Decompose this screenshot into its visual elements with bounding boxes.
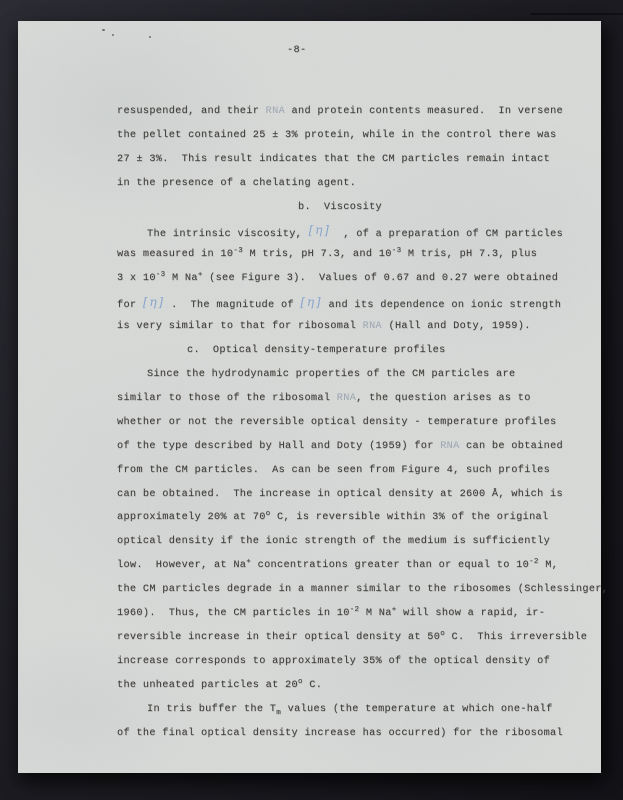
- text-segment: RNA: [440, 441, 459, 452]
- text-line: is very similar to that for ribosomal RN…: [117, 315, 587, 339]
- text-segment: M tris, pH 7.3, and 10: [243, 249, 392, 260]
- text-segment: concentrations greater than or equal to …: [251, 560, 529, 571]
- text-segment: can be obtained: [460, 441, 563, 452]
- text-line: approximately 20% at 70o C, is reversibl…: [117, 506, 587, 530]
- text-segment: whether or not the reversible optical de…: [117, 417, 557, 428]
- text-line: b. Viscosity: [117, 196, 587, 220]
- text-segment: for: [117, 300, 143, 311]
- text-segment: In tris buffer the T: [147, 704, 276, 715]
- text-segment: the unheated particles at 20: [117, 680, 298, 691]
- text-segment: M Na: [359, 608, 391, 619]
- text-segment: the CM particles degrade in a manner sim…: [117, 584, 608, 595]
- text-line: of the type described by Hall and Doty (…: [117, 435, 587, 459]
- backdrop-seam: [530, 13, 623, 15]
- text-segment: -2: [529, 558, 539, 566]
- text-line: of the final optical density increase ha…: [117, 722, 587, 746]
- text-segment: (see Figure 3). Values of 0.67 and 0.27 …: [203, 273, 559, 284]
- text-segment: +: [246, 558, 251, 566]
- paper-speck: [112, 34, 114, 36]
- text-segment: values (the temperature at which one-hal…: [281, 704, 552, 715]
- text-segment: The intrinsic viscosity,: [147, 229, 309, 240]
- text-line: whether or not the reversible optical de…: [117, 411, 587, 435]
- text-segment: , of a preparation of CM particles: [330, 229, 563, 240]
- paper-speck: [149, 36, 151, 38]
- text-line: in the presence of a chelating agent.: [117, 172, 587, 196]
- text-line: similar to those of the ribosomal RNA, t…: [117, 387, 587, 411]
- text-segment: RNA: [363, 321, 382, 332]
- text-segment: M,: [539, 560, 558, 571]
- text-segment: similar to those of the ribosomal: [117, 393, 337, 404]
- text-line: c. Optical density-temperature profiles: [117, 339, 587, 363]
- text-line: Since the hydrodynamic properties of the…: [117, 363, 587, 387]
- handwritten-eta: [η]: [300, 294, 322, 309]
- text-segment: of the final optical density increase ha…: [117, 728, 563, 739]
- handwritten-eta: [η]: [309, 222, 331, 237]
- text-segment: M Na: [165, 273, 197, 284]
- text-line: 27 ± 3%. This result indicates that the …: [117, 148, 587, 172]
- text-segment: -3: [392, 247, 402, 255]
- text-segment: +: [198, 271, 203, 279]
- text-segment: increase corresponds to approximately 35…: [117, 656, 550, 667]
- text-segment: o: [440, 630, 445, 638]
- text-segment: C. This irreversible: [445, 632, 587, 643]
- text-line: low. However, at Na+ concentrations grea…: [117, 554, 587, 578]
- text-segment: -3: [156, 271, 166, 279]
- text-segment: (Hall and Doty, 1959).: [382, 321, 531, 332]
- text-segment: resuspended, and their: [117, 106, 266, 117]
- page-number: -8-: [287, 45, 307, 56]
- text-segment: approximately 20% at 70: [117, 512, 266, 523]
- text-line: In tris buffer the Tm values (the temper…: [117, 698, 587, 722]
- text-segment: and protein contents measured. In versen…: [285, 106, 563, 117]
- text-line: 3 x 10-3 M Na+ (see Figure 3). Values of…: [117, 267, 587, 291]
- text-line: increase corresponds to approximately 35…: [117, 650, 587, 674]
- text-line: for [η] . The magnitude of [η] and its d…: [117, 291, 587, 315]
- text-segment: reversible increase in their optical den…: [117, 632, 440, 643]
- text-segment: from the CM particles. As can be seen fr…: [117, 465, 550, 476]
- text-line: from the CM particles. As can be seen fr…: [117, 459, 587, 483]
- handwritten-eta: [η]: [143, 294, 165, 309]
- text-line: reversible increase in their optical den…: [117, 626, 587, 650]
- text-segment: 27 ± 3%. This result indicates that the …: [117, 154, 550, 165]
- manuscript-page: -8- resuspended, and their RNA and prote…: [18, 21, 601, 773]
- text-segment: will show a rapid, ir-: [397, 608, 546, 619]
- text-segment: o: [298, 678, 303, 686]
- text-segment: was measured in 10: [117, 249, 233, 260]
- text-line: the unheated particles at 20o C.: [117, 674, 587, 698]
- text-line: the pellet contained 25 ± 3% protein, wh…: [117, 124, 587, 148]
- text-segment: b. Viscosity: [298, 202, 382, 213]
- text-segment: in the presence of a chelating agent.: [117, 178, 356, 189]
- text-line: was measured in 10-3 M tris, pH 7.3, and…: [117, 243, 587, 267]
- text-segment: Since the hydrodynamic properties of the…: [147, 369, 515, 380]
- paper-speck: [102, 29, 105, 31]
- text-segment: and its dependence on ionic strength: [322, 300, 561, 311]
- text-line: the CM particles degrade in a manner sim…: [117, 578, 587, 602]
- text-segment: C.: [303, 680, 322, 691]
- text-segment: , the question arises as to: [356, 393, 531, 404]
- text-segment: -2: [350, 606, 360, 614]
- text-segment: optical density if the ionic strength of…: [117, 536, 550, 547]
- text-segment: C, is reversible within 3% of the origin…: [271, 512, 549, 523]
- text-segment: o: [266, 510, 271, 518]
- text-line: resuspended, and their RNA and protein c…: [117, 100, 587, 124]
- text-line: can be obtained. The increase in optical…: [117, 483, 587, 507]
- text-segment: -3: [233, 247, 243, 255]
- text-segment: of the type described by Hall and Doty (…: [117, 441, 440, 452]
- text-segment: +: [392, 606, 397, 614]
- text-segment: . The magnitude of: [165, 300, 301, 311]
- text-segment: the pellet contained 25 ± 3% protein, wh…: [117, 130, 557, 141]
- text-segment: can be obtained. The increase in optical…: [117, 489, 563, 500]
- text-segment: M tris, pH 7.3, plus: [401, 249, 537, 260]
- text-segment: is very similar to that for ribosomal: [117, 321, 363, 332]
- text-line: optical density if the ionic strength of…: [117, 530, 587, 554]
- document-lines: resuspended, and their RNA and protein c…: [117, 100, 587, 745]
- text-line: 1960). Thus, the CM particles in 10-2 M …: [117, 602, 587, 626]
- text-segment: low. However, at Na: [117, 560, 246, 571]
- text-line: The intrinsic viscosity, [η] , of a prep…: [117, 220, 587, 244]
- text-segment: m: [276, 709, 281, 717]
- text-segment: 1960). Thus, the CM particles in 10: [117, 608, 350, 619]
- text-segment: 3 x 10: [117, 273, 156, 284]
- text-segment: RNA: [337, 393, 356, 404]
- text-segment: RNA: [266, 106, 285, 117]
- text-segment: c. Optical density-temperature profiles: [187, 345, 446, 356]
